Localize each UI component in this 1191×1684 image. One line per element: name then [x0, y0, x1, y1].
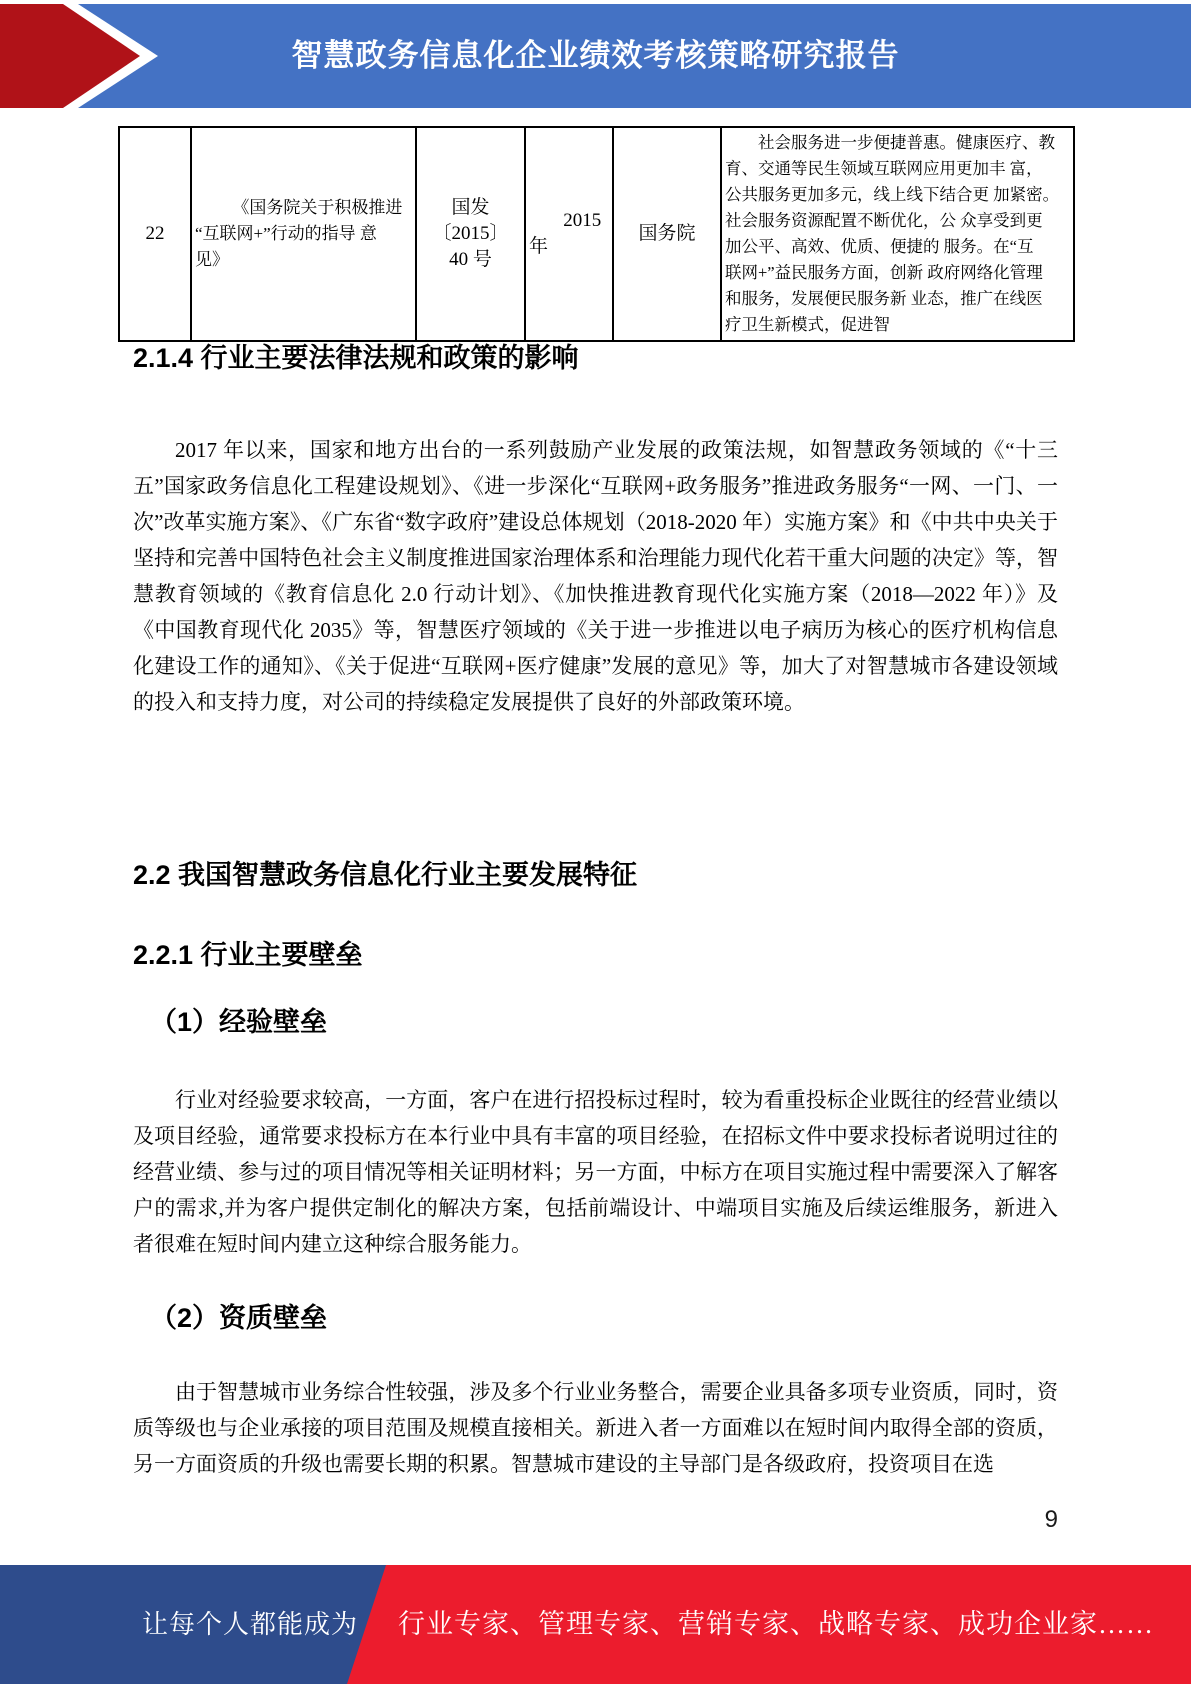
- summary-cell: 社会服务进一步便捷普惠。健康医疗、教 育、交通等民生领域互联网应用更加丰 富， …: [721, 127, 1074, 341]
- serial-cell: 22: [119, 127, 191, 341]
- header-banner: 智慧政务信息化企业绩效考核策略研究报告: [0, 4, 1191, 108]
- subsection-heading-qualification-barrier: （2）资质壁垒: [150, 1302, 327, 1334]
- footer-banner: 让每个人都能成为 行业专家、管理专家、营销专家、战略专家、成功企业家……: [0, 1565, 1191, 1684]
- footer-slogan-right: 行业专家、管理专家、营销专家、战略专家、成功企业家……: [398, 1565, 1154, 1684]
- paragraph-policy-impact: 2017 年以来，国家和地方出台的一系列鼓励产业发展的政策法规，如智慧政务领域的…: [133, 432, 1058, 720]
- chevron-right-icon: [0, 4, 170, 108]
- page-number: 9: [1045, 1506, 1058, 1534]
- footer-slogan-left: 让每个人都能成为: [142, 1565, 358, 1684]
- page-title: 智慧政务信息化企业绩效考核策略研究报告: [0, 4, 1191, 108]
- year-cell: 2015 年: [525, 127, 613, 341]
- paragraph-qualification-barrier: 由于智慧城市业务综合性较强，涉及多个行业业务整合，需要企业具备多项专业资质，同时…: [133, 1374, 1058, 1482]
- issuer-cell: 国务院: [613, 127, 721, 341]
- section-heading-2-2: 2.2 我国智慧政务信息化行业主要发展特征: [133, 859, 637, 891]
- table-row: 22 《国务院关于积极推进 “互联网+”行动的指导 意 见》 国发 〔2015〕…: [119, 127, 1074, 341]
- policy-table: 22 《国务院关于积极推进 “互联网+”行动的指导 意 见》 国发 〔2015〕…: [118, 126, 1075, 342]
- policy-name-cell: 《国务院关于积极推进 “互联网+”行动的指导 意 见》: [191, 127, 416, 341]
- section-heading-2-1-4: 2.1.4 行业主要法律法规和政策的影响: [133, 342, 579, 374]
- report-page: { "header": { "title": "智慧政务信息化企业绩效考核策略研…: [0, 0, 1191, 1684]
- subsection-heading-experience-barrier: （1）经验壁垒: [150, 1006, 327, 1038]
- doc-number-cell: 国发 〔2015〕 40 号: [416, 127, 525, 341]
- paragraph-experience-barrier: 行业对经验要求较高，一方面，客户在进行招投标过程时，较为看重投标企业既往的经营业…: [133, 1082, 1058, 1262]
- section-heading-2-2-1: 2.2.1 行业主要壁垒: [133, 939, 363, 971]
